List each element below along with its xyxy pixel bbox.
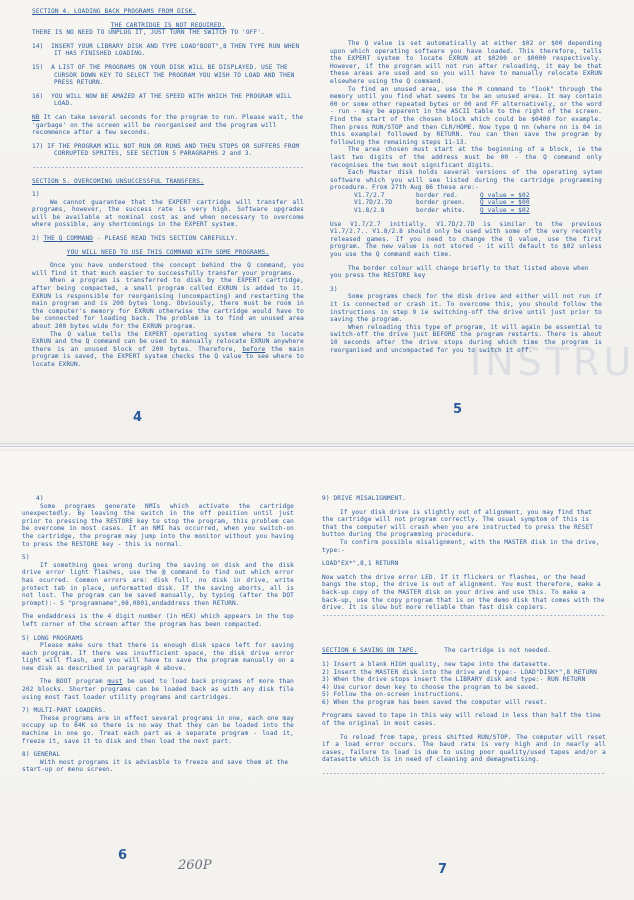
version-row: V1.7/2.7border red.Q value = $02 — [330, 192, 602, 200]
tape-step: 1) Insert a blank HIGH quality, new tape… — [322, 661, 606, 669]
step-16: 16) YOU WILL NOW BE AMAZED AT THE SPEED … — [32, 93, 304, 108]
q-para-1: Once you have understood the concept beh… — [32, 262, 304, 277]
version-usage-para: Use V1.7/2.7 initially. V1.7D/2.7D is si… — [330, 221, 602, 259]
step-17: 17) IF THE PROGRAM WILL NOT RUN OR RUNS … — [32, 143, 304, 158]
save-error-para: If something goes wrong during the savin… — [22, 562, 294, 608]
disk-check-para: Some programs check for the disk drive a… — [330, 293, 602, 323]
q-command-warning: YOU WILL NEED TO USE THIS COMMAND WITH S… — [32, 249, 304, 257]
para-1-number: 1) — [32, 191, 304, 199]
tape-step: 2) Insert the MASTER disk into the drive… — [322, 669, 606, 677]
step-14: 14) INSERT YOUR LIBRARY DISK AND TYPE LO… — [32, 43, 304, 58]
q-value-para: The Q value is set automatically at eith… — [330, 40, 602, 86]
para-1-text: We cannot guarantee that the EXPERT cart… — [32, 199, 304, 229]
section-divider: ----------------------------------------… — [32, 164, 304, 172]
q-para-2: When a program is transferred to disk by… — [32, 277, 304, 330]
tape-reload-speed-para: Programs saved to tape in this way will … — [322, 712, 606, 727]
tape-reload-para: To reload from tape, press shifted RUN/S… — [322, 734, 606, 764]
general-para: With most programs it is adviasble to fr… — [22, 759, 294, 774]
page-number-7: 7 — [438, 862, 447, 877]
endaddress-para: The endaddress is the 4 digit number (in… — [22, 613, 294, 628]
reload-para: When reloading this type of program, it … — [330, 324, 602, 354]
version-row: V1.7D/2.7Dborder green.Q value = $00 — [330, 199, 602, 207]
page-7: 9) DRIVE MISALIGNMENT. If your disk driv… — [322, 495, 606, 778]
long-programs-heading: 5) LONG PROGRAMS — [22, 635, 294, 643]
version-row: V1.8/2.8border white.Q value = $02 — [330, 207, 602, 215]
section-divider: ----------------------------------------… — [322, 770, 606, 778]
handwritten-price: 260P — [178, 858, 212, 873]
confirm-para: To confirm possible misalignment, with t… — [322, 539, 606, 554]
para-3-number: 3) — [330, 286, 602, 294]
block-start-para: The area chosen must start at the beginn… — [330, 146, 602, 169]
section-4-heading: SECTION 4. LOADING BACK PROGRAMS FROM DI… — [32, 8, 304, 16]
tape-step: 3) When the drive stops insert the LIBRA… — [322, 676, 606, 684]
page-6: 4) Some programs generate NMIs which act… — [22, 495, 294, 774]
page-number-4: 4 — [133, 410, 142, 425]
q-para-3: The Q value tells the EXPERT operating s… — [32, 331, 304, 369]
tape-step: 6) When the program has been saved the c… — [322, 699, 606, 707]
load-command: LOAD"EX*",8,1 RETURN — [322, 560, 606, 568]
drive-misalignment-heading: 9) DRIVE MISALIGNMENT. — [322, 495, 606, 503]
step-15: 15) A LIST OF THE PROGRAMS ON YOUR DISK … — [32, 64, 304, 87]
no-need-text: THERE IS NO NEED TO UNPLUG IT, JUST TURN… — [32, 29, 304, 37]
section-5-heading: SECTION 5. OVERCOMING UNSUCCESSFUL TRANS… — [32, 178, 304, 186]
cartridge-not-required: THE CARTRIDGE IS NOT REQUIRED. — [32, 22, 304, 30]
long-programs-para: Please make sure that there is enough di… — [22, 642, 294, 672]
section-6-line: SECTION 6 SAVING ON TAPE. The cartridge … — [322, 647, 606, 655]
section-divider: ----------------------------------------… — [322, 612, 606, 620]
page-number-6: 6 — [118, 848, 127, 863]
para-4-number: 4) — [22, 495, 294, 503]
tape-step: 5) Follow the on-screen instructions. — [322, 691, 606, 699]
border-colour-para: The border colour will change briefly to… — [330, 265, 602, 280]
page-fold — [0, 443, 634, 451]
master-disk-para: Each Master disk holds several versions … — [330, 169, 602, 192]
error-led-para: Now watch the drive error LED. If it fli… — [322, 574, 606, 612]
misalignment-para: If your disk drive is slightly out of al… — [322, 509, 606, 539]
para-5-number: 5) — [22, 554, 294, 562]
multi-part-para: These programs are in effect several pro… — [22, 715, 294, 745]
multi-part-heading: 7) MULTI-PART LOADERS. — [22, 707, 294, 715]
general-heading: 8) GENERAL — [22, 751, 294, 759]
nmi-para: Some programs generate NMIs which activa… — [22, 503, 294, 549]
tape-step: 4) Use cursor down key to choose the pro… — [322, 684, 606, 692]
page-number-5: 5 — [453, 402, 462, 417]
unused-area-para: To find an unused area, use the M comman… — [330, 86, 602, 147]
page-4: SECTION 4. LOADING BACK PROGRAMS FROM DI… — [32, 8, 304, 369]
nb-note: NB It can take several seconds for the p… — [32, 114, 304, 137]
boot-program-para: The BOOT program must be used to load ba… — [22, 678, 294, 701]
page-5: The Q value is set automatically at eith… — [330, 40, 602, 354]
fold-crease — [0, 446, 634, 447]
q-command-heading: 2) THE Q COMMAND - PLEASE READ THIS SECT… — [32, 235, 304, 243]
